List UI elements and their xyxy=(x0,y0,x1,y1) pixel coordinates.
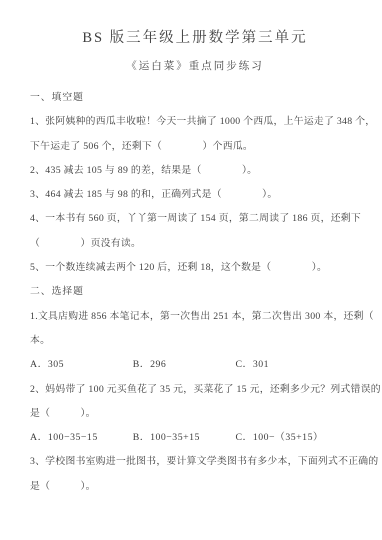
page-subtitle: 《运白菜》重点同步练习 xyxy=(30,58,360,73)
section-heading-fill-in: 一、填空题 xyxy=(30,86,360,110)
choice-question-2-option-b: B．100−35+15 xyxy=(133,426,233,450)
fill-question-1-line-1: 1、张阿姨种的西瓜丰收啦！今天一共摘了 1000 个西瓜，上午运走了 348 个… xyxy=(30,110,360,134)
choice-question-1-option-a: A．305 xyxy=(30,353,130,377)
choice-question-1-options: A．305 B．296 C．301 xyxy=(30,353,360,377)
worksheet-body: 一、填空题 1、张阿姨种的西瓜丰收啦！今天一共摘了 1000 个西瓜，上午运走了… xyxy=(30,86,360,499)
worksheet-page: BS 版三年级上册数学第三单元 《运白菜》重点同步练习 一、填空题 1、张阿姨种… xyxy=(0,0,382,540)
choice-question-1-line-2: 本。 xyxy=(30,329,360,353)
choice-question-1-line-1: 1.文具店购进 856 本笔记本，第一次售出 251 本，第二次售出 300 本… xyxy=(30,305,360,329)
fill-question-1-line-2: 下午运走了 506 个，还剩下（ ）个西瓜。 xyxy=(30,135,360,159)
choice-question-2-options: A．100−35−15 B．100−35+15 C．100−（35+15） xyxy=(30,426,360,450)
choice-question-3-line-2: 是（ ）。 xyxy=(30,475,360,499)
choice-question-2-line-2: 是（ ）。 xyxy=(30,402,360,426)
choice-question-2-option-a: A．100−35−15 xyxy=(30,426,130,450)
choice-question-3-line-1: 3、学校图书室购进一批图书，要计算文学类图书有多少本，下面列式不正确的 xyxy=(30,450,360,474)
fill-question-3: 3、464 减去 185 与 98 的和，正确列式是（ ）。 xyxy=(30,183,360,207)
section-heading-multiple-choice: 二、选择题 xyxy=(30,280,360,304)
page-title: BS 版三年级上册数学第三单元 xyxy=(30,26,360,47)
choice-question-2-line-1: 2、妈妈带了 100 元买鱼花了 35 元，买菜花了 15 元，还剩多少元？列式… xyxy=(30,378,360,402)
choice-question-1-option-b: B．296 xyxy=(133,353,233,377)
fill-question-4-line-2: （ ）页没有读。 xyxy=(30,232,360,256)
fill-question-2: 2、435 减去 105 与 89 的差，结果是（ ）。 xyxy=(30,159,360,183)
choice-question-2-option-c: C．100−（35+15） xyxy=(236,426,324,450)
fill-question-4-line-1: 4、一本书有 560 页，丫丫第一周读了 154 页，第二周读了 186 页，还… xyxy=(30,207,360,231)
choice-question-1-option-c: C．301 xyxy=(236,353,270,377)
fill-question-5: 5、一个数连续减去两个 120 后，还剩 18，这个数是（ ）。 xyxy=(30,256,360,280)
